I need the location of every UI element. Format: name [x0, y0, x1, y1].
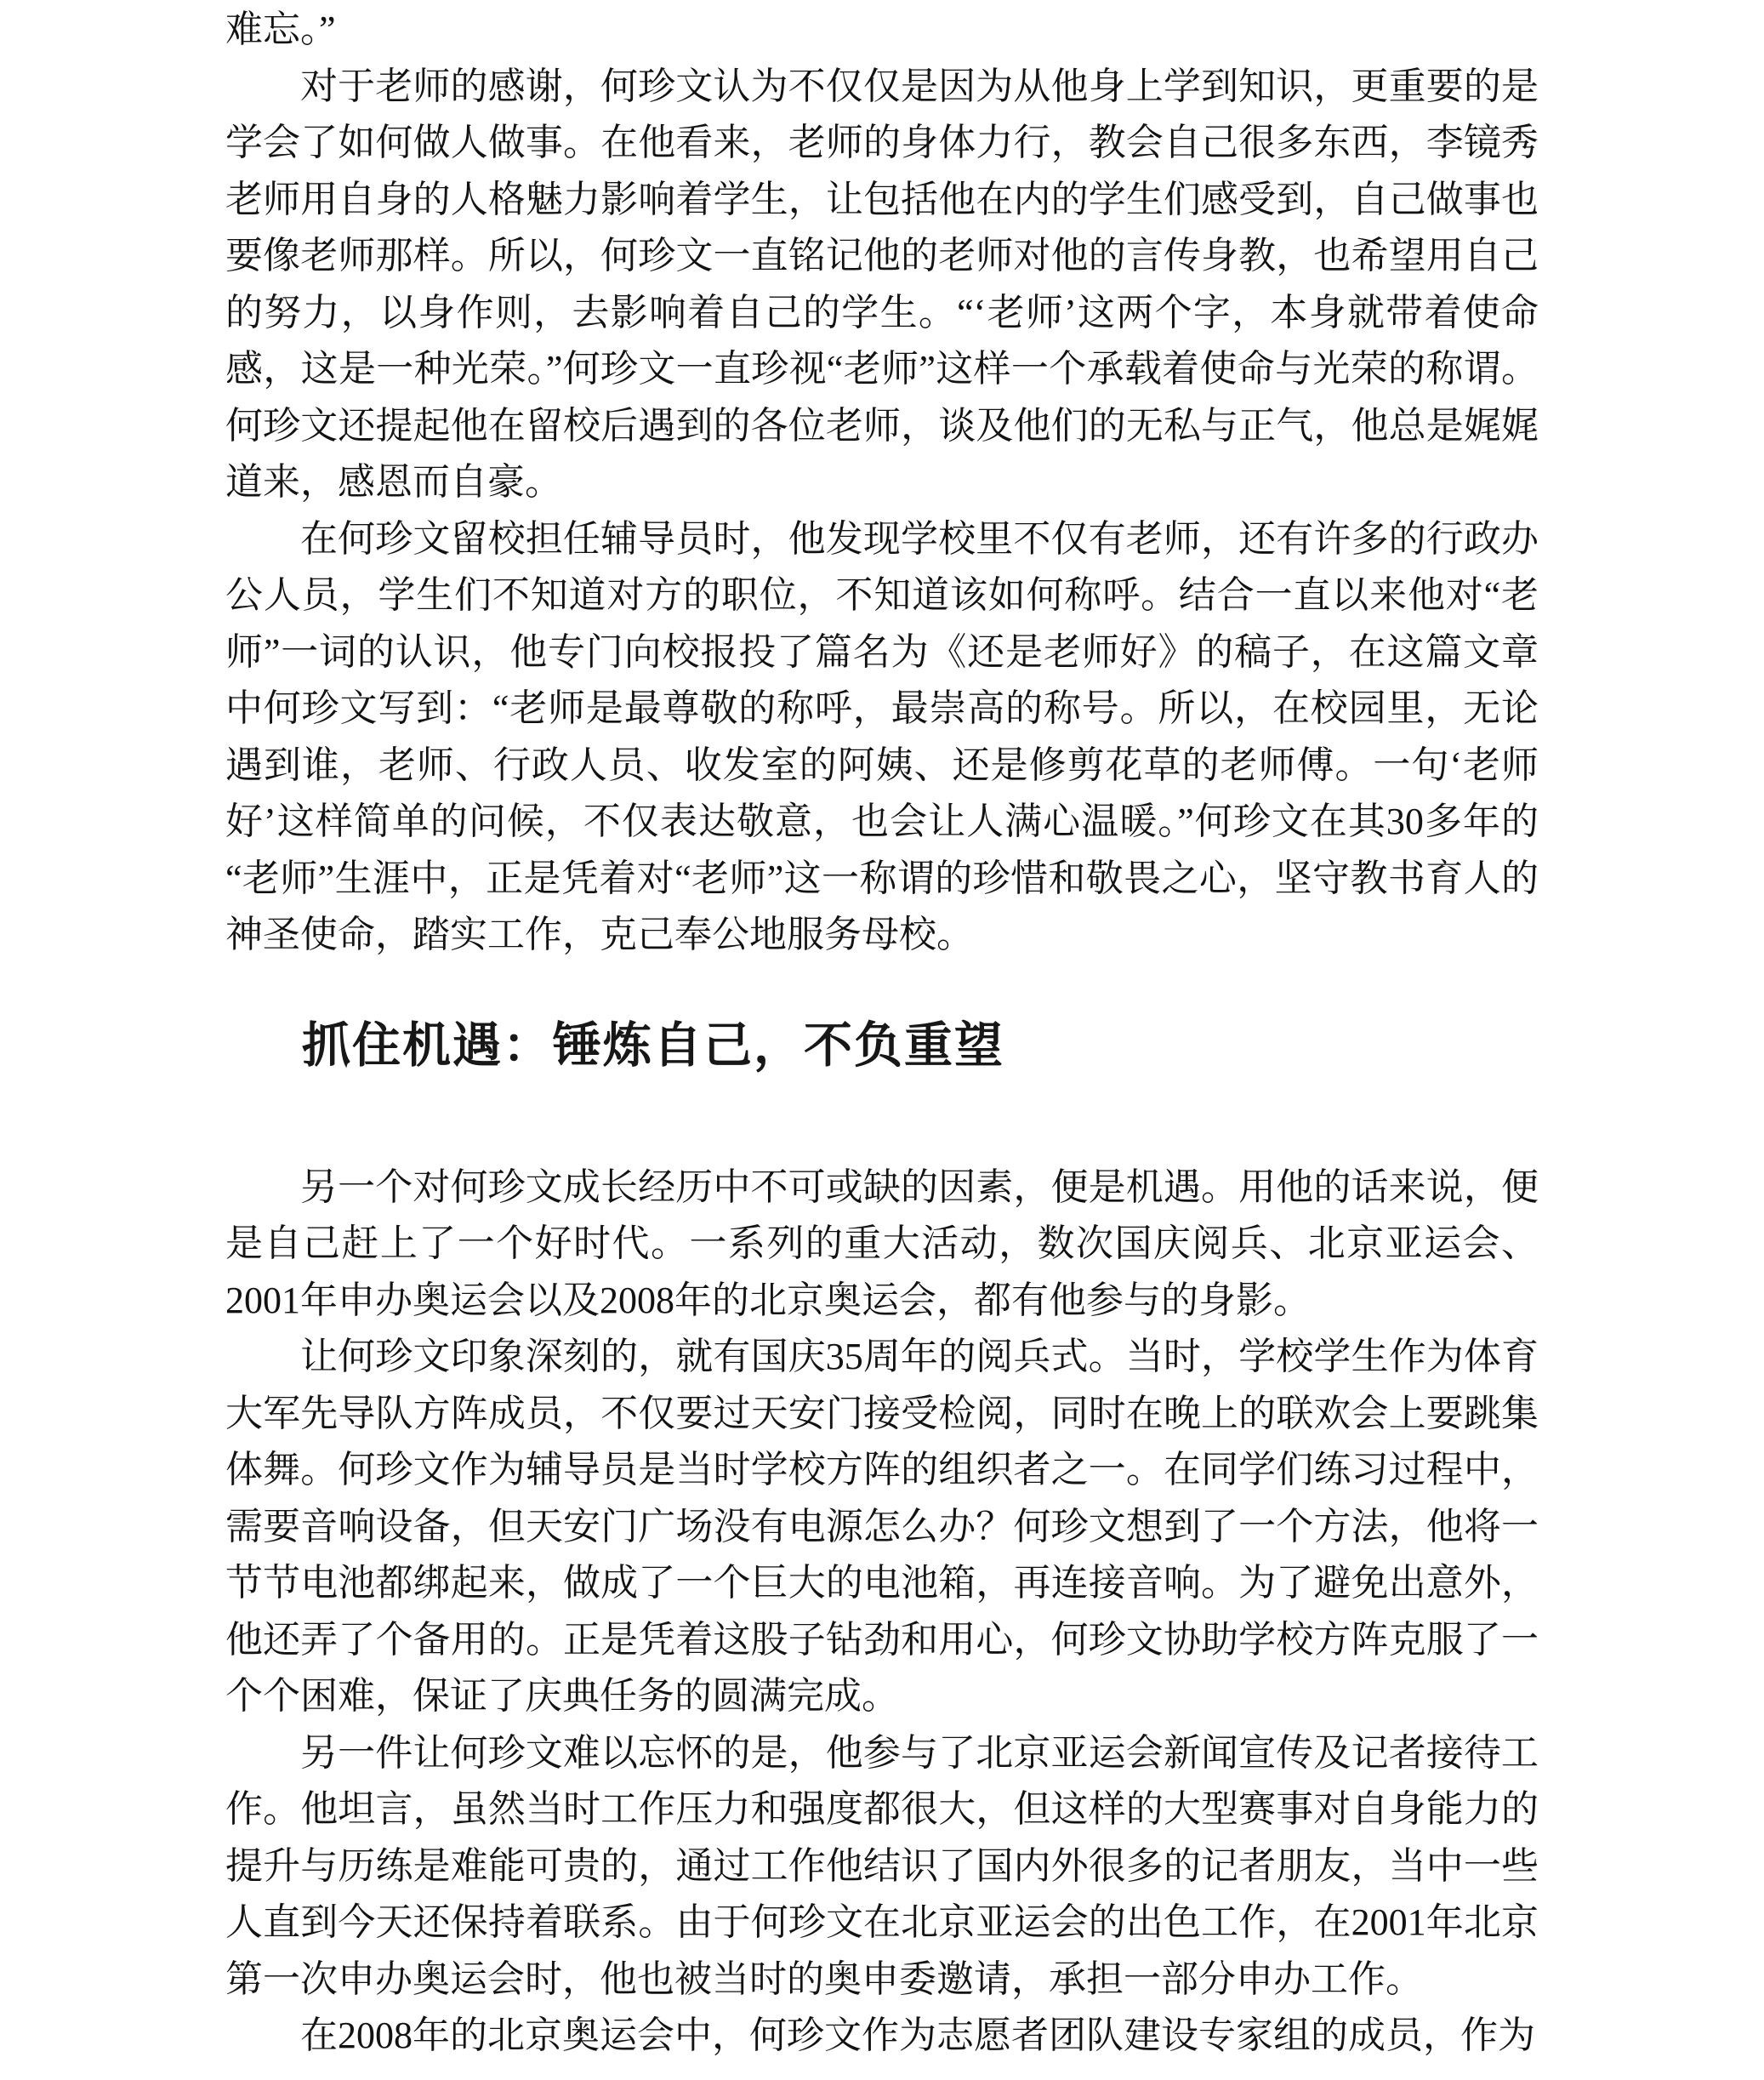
body-paragraph: 另一个对何珍文成长经历中不可或缺的因素，便是机遇。用他的话来说，便是自己赶上了一…	[225, 1160, 1539, 1330]
body-paragraph: 在2008年的北京奥运会中，何珍文作为志愿者团队建设专家组的成员，作为	[225, 2008, 1539, 2065]
section-heading: 抓住机遇：锤炼自己，不负重望	[225, 1017, 1539, 1074]
body-paragraph: 在何珍文留校担任辅导员时，他发现学校里不仅有老师，还有许多的行政办公人员，学生们…	[225, 511, 1539, 964]
page: 难忘。”对于老师的感谢，何珍文认为不仅仅是因为从他身上学到知识，更重要的是学会了…	[0, 0, 1764, 2080]
body-paragraph: 另一件让何珍文难以忘怀的是，他参与了北京亚运会新闻宣传及记者接待工作。他坦言，虽…	[225, 1725, 1539, 2009]
body-paragraph: 难忘。”	[225, 2, 1539, 59]
body-paragraph: 让何珍文印象深刻的，就有国庆35周年的阅兵式。当时，学校学生作为体育大军先导队方…	[225, 1329, 1539, 1725]
article-body: 难忘。”对于老师的感谢，何珍文认为不仅仅是因为从他身上学到知识，更重要的是学会了…	[225, 2, 1539, 2065]
body-paragraph: 对于老师的感谢，何珍文认为不仅仅是因为从他身上学到知识，更重要的是学会了如何做人…	[225, 59, 1539, 511]
